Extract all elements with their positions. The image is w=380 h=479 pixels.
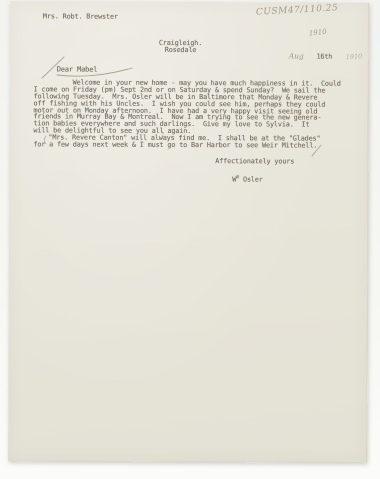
salutation: Dear Mabel xyxy=(57,65,98,73)
archival-reference-annotation: CUSM47/110.25 xyxy=(256,3,339,18)
body-line: for a few days next week & I must go to … xyxy=(33,141,351,149)
letter-paper: Mrs. Robt. Brewster CUSM47/110.25 Craigl… xyxy=(8,1,369,463)
address-line-2: Rosedale xyxy=(165,46,197,54)
date-year: 1910 xyxy=(346,52,363,61)
recipient-name: Mrs. Robt. Brewster xyxy=(43,12,118,20)
signature: Wm Osler xyxy=(232,174,263,183)
date-month: Aug xyxy=(289,51,304,60)
letter-body: Welcome in your new home - may you have … xyxy=(33,79,351,149)
scanned-letter-page: Mrs. Robt. Brewster CUSM47/110.25 Craigl… xyxy=(0,0,380,479)
pencil-year-annotation: 1910 xyxy=(309,28,328,38)
closing-phrase: Affectionately yours xyxy=(215,157,294,165)
date-day: 16th xyxy=(316,53,332,61)
signature-surname: Osler xyxy=(243,176,263,184)
date-line: Aug 16th 1910 xyxy=(289,43,363,62)
